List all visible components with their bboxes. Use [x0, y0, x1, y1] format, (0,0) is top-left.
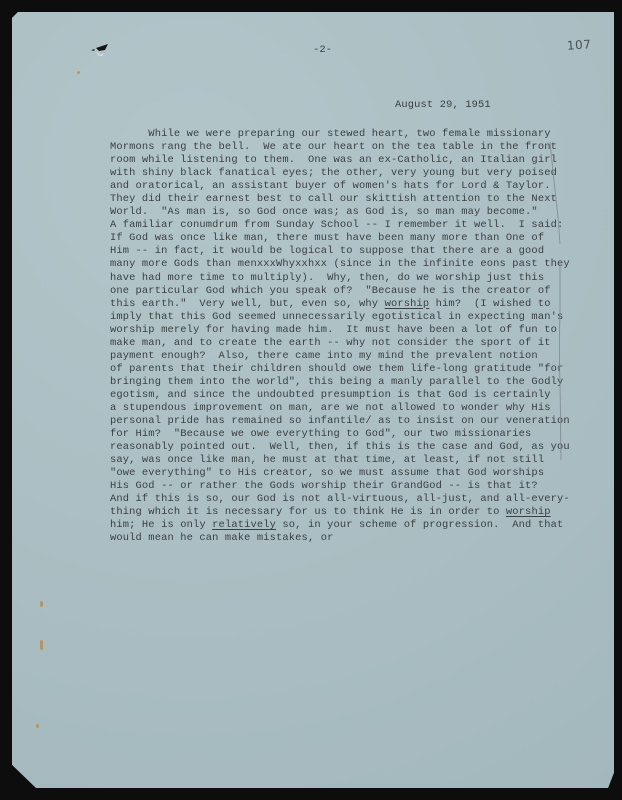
letter-body: While we were preparing our stewed heart… [110, 128, 570, 546]
text-line: If God was once like man, there must hav… [110, 232, 570, 245]
letter-date: August 29, 1951 [395, 99, 491, 111]
text-line: one particular God which you speak of? "… [110, 285, 570, 298]
rust-stain [40, 601, 43, 607]
text-line: with shiny black fanatical eyes; the oth… [110, 167, 570, 180]
text-line: A familiar conumdrum from Sunday School … [110, 219, 570, 232]
text-line: this earth." Very well, but, even so, wh… [110, 298, 570, 311]
text-segment: this earth." Very well, but, even so, wh… [110, 298, 385, 310]
handwritten-folio-number: 107 [567, 37, 592, 53]
ink-blot-mark [88, 40, 112, 62]
text-line: reasonably pointed out. Well, then, if t… [110, 441, 570, 454]
underlined-word: worship [506, 506, 551, 518]
text-line: worship merely for having made him. It m… [110, 324, 570, 337]
text-line: room while listening to them. One was an… [110, 154, 570, 167]
text-segment: so, in your scheme of progression. And t… [276, 519, 563, 531]
text-line: "owe everything" to His creator, so we m… [110, 467, 570, 480]
text-line: Him -- in fact, it would be logical to s… [110, 245, 570, 258]
text-line: While we were preparing our stewed heart… [110, 128, 570, 141]
text-line: thing which it is necessary for us to th… [110, 506, 570, 519]
text-line: Mormons rang the bell. We ate our heart … [110, 141, 570, 154]
text-line: say, was once like man, he must at that … [110, 454, 570, 467]
text-segment: him; He is only [110, 519, 212, 531]
underlined-word: worship [385, 298, 430, 310]
text-line: World. "As man is, so God once was; as G… [110, 206, 570, 219]
text-line: imply that this God seemed unnecessarily… [110, 311, 570, 324]
text-line: a stupendous improvement on man, are we … [110, 402, 570, 415]
text-segment: thing which it is necessary for us to th… [110, 506, 506, 518]
text-line: payment enough? Also, there came into my… [110, 350, 570, 363]
text-line: have had more time to multiply). Why, th… [110, 272, 570, 285]
text-line: for Him? "Because we owe everything to G… [110, 428, 570, 441]
text-line: him; He is only relatively so, in your s… [110, 519, 570, 532]
text-line: egotism, and since the undoubted presump… [110, 389, 570, 402]
text-line: personal pride has remained so infantile… [110, 415, 570, 428]
text-line: His God -- or rather the Gods worship th… [110, 480, 570, 493]
underlined-word: relatively [212, 519, 276, 531]
page-number: -2- [313, 44, 332, 56]
text-line: would mean he can make mistakes, or [110, 532, 570, 545]
typewritten-page: -2- 107 August 29, 1951 While we were pr… [12, 12, 614, 788]
rust-stain [40, 640, 43, 650]
text-line: many more Gods than menxxxWhyxxhxx (sinc… [110, 258, 570, 271]
text-line: And if this is so, our God is not all-vi… [110, 493, 570, 506]
text-line: make man, and to create the earth -- why… [110, 337, 570, 350]
rust-stain [77, 71, 80, 74]
text-line: bringing them into the world", this bein… [110, 376, 570, 389]
text-segment: him? (I wished to [429, 298, 550, 310]
text-line: and oratorical, an assistant buyer of wo… [110, 180, 570, 193]
rust-stain [36, 724, 39, 728]
text-line: They did their earnest best to call our … [110, 193, 570, 206]
text-line: of parents that their children should ow… [110, 363, 570, 376]
